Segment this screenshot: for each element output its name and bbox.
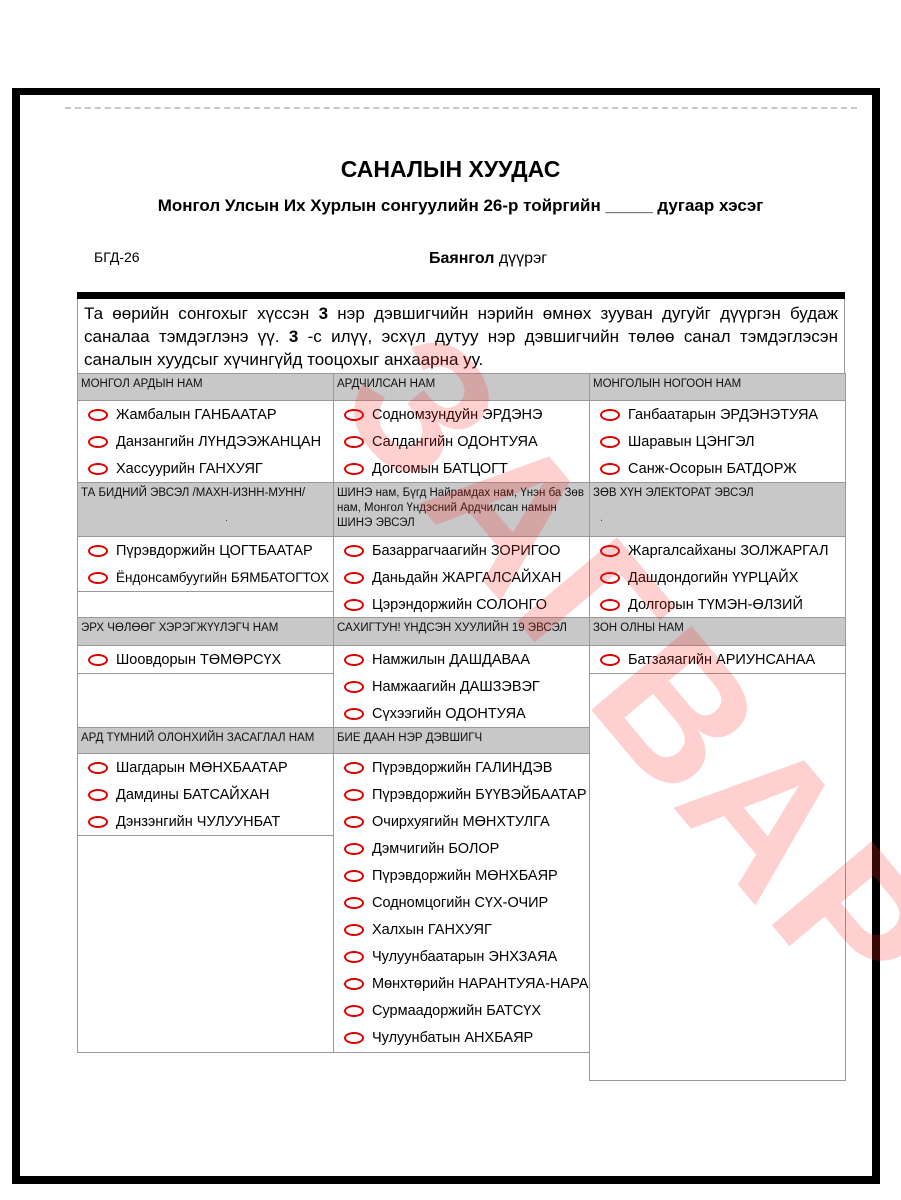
candidate-name: Батзаяагийн АРИУНСАНАА [628,652,815,668]
party-header: САХИГТУН! ҮНДСЭН ХУУЛИЙН 19 ЭВСЭЛ [333,617,590,646]
candidate-name: Пүрэвдоржийн ГАЛИНДЭВ [372,760,552,776]
candidate-name: Ганбаатарын ЭРДЭНЭТУЯА [628,407,818,423]
candidate-name: Санж-Осорын БАТДОРЖ [628,461,797,477]
ballot-table-top: Та өөрийн сонгохыг хүссэн 3 нэр дэвшигчи… [77,292,845,373]
candidate-name: Жамбалын ГАНБААТАР [116,407,277,423]
candidate-option[interactable]: Долгорын ТҮМЭН-ӨЛЗИЙ [590,591,845,618]
candidate-option[interactable]: Даньдайн ЖАРГАЛСАЙХАН [334,564,589,591]
candidate-name: Хассуурийн ГАНХУЯГ [116,461,263,477]
ballot-subtitle: Монгол Улсын Их Хурлын сонгуулийн 26-р т… [0,196,901,216]
candidate-name: Дамдины БАТСАЙХАН [116,787,270,803]
candidate-option[interactable]: Санж-Осорын БАТДОРЖ [590,455,845,482]
table-top-bar [77,292,845,299]
candidate-list: Базаррагчаагийн ЗОРИГООДаньдайн ЖАРГАЛСА… [333,536,590,618]
vote-oval-icon[interactable] [600,599,620,611]
candidate-option[interactable]: Халхын ГАНХУЯГ [334,916,589,943]
candidate-option[interactable]: Салдангийн ОДОНТУЯА [334,428,589,455]
candidate-option[interactable]: Хассуурийн ГАНХУЯГ [78,455,333,482]
candidate-name: Сурмаадоржийн БАТСҮХ [372,1003,541,1019]
party-header: ЭРХ ЧӨЛӨӨГ ХЭРЭГЖҮҮЛЭГЧ НАМ [77,617,334,646]
candidate-name: Долгорын ТҮМЭН-ӨЛЗИЙ [628,597,803,613]
party-grid: МОНГОЛ АРДЫН НАМЖамбалын ГАНБААТАРДанзан… [77,373,845,1052]
vote-oval-icon[interactable] [344,708,364,720]
vote-oval-icon[interactable] [600,545,620,557]
candidate-name: Дэмчигийн БОЛОР [372,841,499,857]
ballot-title: САНАЛЫН ХУУДАС [0,156,901,183]
vote-oval-icon[interactable] [88,654,108,666]
candidate-list: Пүрэвдоржийн ГАЛИНДЭВПүрэвдоржийн БҮҮВЭЙ… [333,753,590,1053]
candidate-list: Шоовдорын ТӨМӨРСҮХ [77,645,334,728]
vote-oval-icon[interactable] [600,654,620,666]
party-header: ЗӨВ ХҮН ЭЛЕКТОРАТ ЭВСЭЛ [589,482,846,537]
party-header: МОНГОЛ АРДЫН НАМ [77,373,334,402]
party-header: АРДЧИЛСАН НАМ [333,373,590,402]
vote-oval-icon[interactable] [344,463,364,475]
candidate-name: Ёндонсамбуугийн БЯМБАТОГТОХ [116,570,329,585]
vote-oval-icon[interactable] [344,572,364,584]
vote-oval-icon[interactable] [344,436,364,448]
candidate-name: Базаррагчаагийн ЗОРИГОО [372,543,560,559]
candidate-option[interactable]: Дамдины БАТСАЙХАН [78,781,333,808]
candidate-option[interactable]: Цэрэндоржийн СОЛОНГО [334,591,589,618]
vote-oval-icon[interactable] [344,897,364,909]
candidate-name: Намжилын ДАШДАВАА [372,652,530,668]
candidate-name: Салдангийн ОДОНТУЯА [372,434,538,450]
candidate-name: Мөнхтөрийн НАРАНТУЯА-НАРА [372,976,588,992]
vote-oval-icon[interactable] [88,816,108,828]
candidate-name: Данзангийн ЛҮНДЭЭЖАНЦАН [116,434,321,450]
candidate-name: Шаравын ЦЭНГЭЛ [628,434,755,450]
vote-oval-icon[interactable] [344,870,364,882]
candidate-option[interactable]: Пүрэвдоржийн ГАЛИНДЭВ [334,754,589,781]
candidate-name: Цэрэндоржийн СОЛОНГО [372,597,547,613]
candidate-option[interactable]: Намжилын ДАШДАВАА [334,646,589,673]
vote-oval-icon[interactable] [600,572,620,584]
candidate-name: Даньдайн ЖАРГАЛСАЙХАН [372,570,561,586]
row-divider [78,591,333,592]
candidate-option[interactable]: Базаррагчаагийн ЗОРИГОО [334,537,589,564]
candidate-option[interactable]: Содномзундуйн ЭРДЭНЭ [334,401,589,428]
vote-oval-icon[interactable] [344,978,364,990]
candidate-name: Шагдарын МӨНХБААТАР [116,760,288,776]
candidate-name: Пүрэвдоржийн БҮҮВЭЙБААТАР [372,787,586,803]
candidate-option[interactable]: Ёндонсамбуугийн БЯМБАТОГТОХ [78,564,333,591]
vote-oval-icon[interactable] [344,1032,364,1044]
candidate-list: Ганбаатарын ЭРДЭНЭТУЯАШаравын ЦЭНГЭЛСанж… [589,400,846,483]
party-header: БИЕ ДААН НЭР ДЭВШИГЧ [333,727,590,755]
candidate-list: Шагдарын МӨНХБААТАРДамдины БАТСАЙХАНДэнз… [77,753,334,1053]
candidate-list: Жаргалсайханы ЗОЛЖАРГАЛДашдондогийн ҮҮРЦ… [589,536,846,618]
instructions: Та өөрийн сонгохыг хүссэн 3 нэр дэвшигчи… [77,299,845,373]
vote-oval-icon[interactable] [344,843,364,855]
candidate-option[interactable]: Чулуунбаатарын ЭНХЗАЯА [334,943,589,970]
vote-oval-icon[interactable] [88,762,108,774]
header-dot: . [225,512,228,524]
candidate-name: Чулуунбаатарын ЭНХЗАЯА [372,949,557,965]
party-header: МОНГОЛЫН НОГООН НАМ [589,373,846,402]
candidate-option[interactable]: Жамбалын ГАНБААТАР [78,401,333,428]
party-header: ТА БИДНИЙ ЭВСЭЛ /МАХН-ИЗНН-МУНН/ [77,482,334,537]
vote-oval-icon[interactable] [344,681,364,693]
vote-oval-icon[interactable] [344,1005,364,1017]
vote-oval-icon[interactable] [88,789,108,801]
instructions-number: 3 [289,327,298,346]
vote-oval-icon[interactable] [344,654,364,666]
candidate-option[interactable]: Пүрэвдоржийн ЦОГТБААТАР [78,537,333,564]
vote-oval-icon[interactable] [344,789,364,801]
instructions-number: 3 [319,304,328,323]
candidate-name: Сүхээгийн ОДОНТУЯА [372,706,526,722]
candidate-list: Батзаяагийн АРИУНСАНАА [589,645,846,1081]
candidate-option[interactable]: Очирхуягийн МӨНХТУЛГА [334,808,589,835]
candidate-list: Пүрэвдоржийн ЦОГТБААТАРЁндонсамбуугийн Б… [77,536,334,618]
row-divider [78,673,333,674]
district-code: БГД-26 [94,249,140,265]
candidate-list: Содномзундуйн ЭРДЭНЭСалдангийн ОДОНТУЯАД… [333,400,590,483]
candidate-option[interactable]: Данзангийн ЛҮНДЭЭЖАНЦАН [78,428,333,455]
candidate-name: Жаргалсайханы ЗОЛЖАРГАЛ [628,543,829,559]
vote-oval-icon[interactable] [88,409,108,421]
vote-oval-icon[interactable] [344,762,364,774]
candidate-option[interactable]: Сүхээгийн ОДОНТУЯА [334,700,589,727]
district-suffix: дүүрэг [494,250,547,267]
vote-oval-icon[interactable] [88,572,108,584]
candidate-name: Содномзундуйн ЭРДЭНЭ [372,407,542,423]
candidate-option[interactable]: Пүрэвдоржийн БҮҮВЭЙБААТАР [334,781,589,808]
row-divider [590,673,845,674]
candidate-name: Чулуунбатын АНХБАЯР [372,1030,533,1046]
vote-oval-icon[interactable] [88,463,108,475]
vote-oval-icon[interactable] [88,545,108,557]
header-dot: . [600,512,603,524]
candidate-option[interactable]: Дашдондогийн ҮҮРЦАЙХ [590,564,845,591]
candidate-option[interactable]: Жаргалсайханы ЗОЛЖАРГАЛ [590,537,845,564]
candidate-option[interactable]: Чулуунбатын АНХБАЯР [334,1024,589,1051]
vote-oval-icon[interactable] [600,436,620,448]
candidate-option[interactable]: Ганбаатарын ЭРДЭНЭТУЯА [590,401,845,428]
candidate-option[interactable]: Догсомын БАТЦОГТ [334,455,589,482]
party-header: ШИНЭ нам, Бүгд Найрамдах нам, Үнэн ба Зө… [333,482,590,537]
vote-oval-icon[interactable] [344,816,364,828]
candidate-option[interactable]: Шоовдорын ТӨМӨРСҮХ [78,646,333,673]
candidate-option[interactable]: Дэмчигийн БОЛОР [334,835,589,862]
party-header: АРД ТҮМНИЙ ОЛОНХИЙН ЗАСАГЛАЛ НАМ [77,727,334,755]
district-label: Баянгол дүүрэг [429,250,547,268]
candidate-list: Жамбалын ГАНБААТАРДанзангийн ЛҮНДЭЭЖАНЦА… [77,400,334,483]
candidate-name: Пүрэвдоржийн МӨНХБАЯР [372,868,558,884]
candidate-name: Халхын ГАНХУЯГ [372,922,492,938]
candidate-option[interactable]: Мөнхтөрийн НАРАНТУЯА-НАРА [334,970,589,997]
vote-oval-icon[interactable] [344,599,364,611]
row-divider [78,835,333,836]
candidate-option[interactable]: Пүрэвдоржийн МӨНХБАЯР [334,862,589,889]
candidate-name: Шоовдорын ТӨМӨРСҮХ [116,652,281,668]
vote-oval-icon[interactable] [344,409,364,421]
cut-line [65,107,857,109]
vote-oval-icon[interactable] [600,463,620,475]
party-header: ЗОН ОЛНЫ НАМ [589,617,846,646]
vote-oval-icon[interactable] [344,545,364,557]
district-name: Баянгол [429,250,494,267]
candidate-option[interactable]: Шагдарын МӨНХБААТАР [78,754,333,781]
candidate-name: Догсомын БАТЦОГТ [372,461,508,477]
vote-oval-icon[interactable] [600,409,620,421]
vote-oval-icon[interactable] [344,951,364,963]
candidate-option[interactable]: Сурмаадоржийн БАТСҮХ [334,997,589,1024]
candidate-name: Дэнзэнгийн ЧУЛУУНБАТ [116,814,280,830]
candidate-name: Намжаагийн ДАШЗЭВЭГ [372,679,540,695]
candidate-option[interactable]: Дэнзэнгийн ЧУЛУУНБАТ [78,808,333,835]
candidate-list: Намжилын ДАШДАВААНамжаагийн ДАШЗЭВЭГСүхэ… [333,645,590,728]
vote-oval-icon[interactable] [88,436,108,448]
candidate-name: Пүрэвдоржийн ЦОГТБААТАР [116,543,313,559]
candidate-name: Содномцогийн СҮХ-ОЧИР [372,895,548,911]
vote-oval-icon[interactable] [344,924,364,936]
instructions-text: Та өөрийн сонгохыг хүссэн [84,304,319,323]
candidate-option[interactable]: Намжаагийн ДАШЗЭВЭГ [334,673,589,700]
candidate-name: Дашдондогийн ҮҮРЦАЙХ [628,570,798,586]
candidate-name: Очирхуягийн МӨНХТУЛГА [372,814,550,830]
candidate-option[interactable]: Батзаяагийн АРИУНСАНАА [590,646,845,673]
candidate-option[interactable]: Шаравын ЦЭНГЭЛ [590,428,845,455]
candidate-option[interactable]: Содномцогийн СҮХ-ОЧИР [334,889,589,916]
